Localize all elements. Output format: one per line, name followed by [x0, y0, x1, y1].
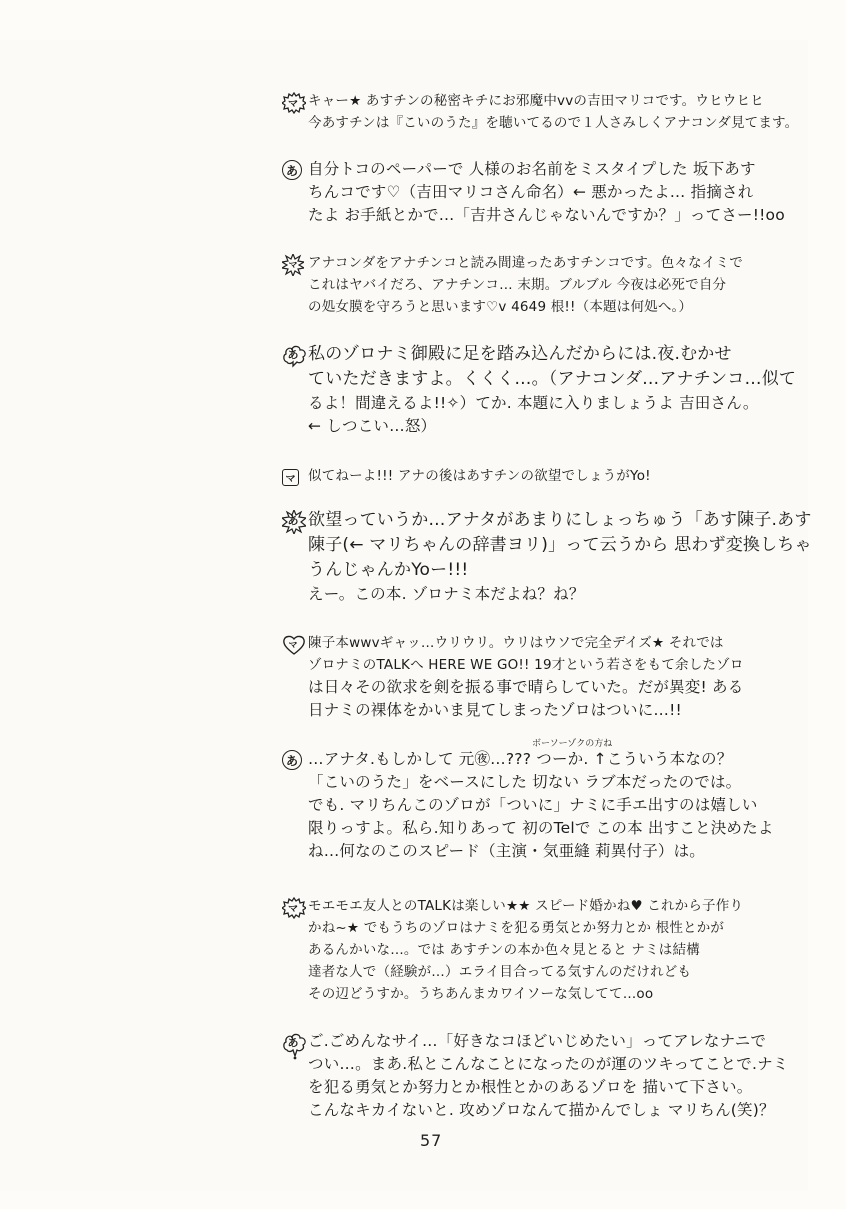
entry-asu-2: あ 私のゾロナミ御殿に足を踏み込んだからには.夜.むかせ ていただきますよ。くく… — [282, 342, 787, 438]
asu-circle-badge-icon: あ — [282, 750, 302, 770]
entry-line: あるんかいな…。では あすチンの本か色々見とると ナミは結構 — [308, 939, 787, 961]
entry-line: 今あすチンは『こいのうた』を聴いてるので１人さみしくアナコンダ見てます。 — [308, 112, 787, 134]
entry-line: 私のゾロナミ御殿に足を踏み込んだからには.夜.むかせ — [308, 342, 787, 367]
entry-mari-3: マ 似てねーよ!!! アナの後はあすチンの欲望でしょうがYo! — [282, 465, 787, 487]
entry-line: 陳子(← マリちゃんの辞書ヨリ)」って云うから 思わず変換しちゃ — [308, 533, 787, 558]
entry-line: 日ナミの裸体をかいま見てしまったゾロはついに…!! — [308, 699, 787, 722]
entry-line: かね~★ でもうちのゾロはナミを犯る勇気とか努力とか 根性とかが — [308, 917, 787, 939]
entry-line: …アナタ.もしかして 元㊰…??? つーか. ↑こういう本なの？ — [308, 748, 787, 771]
entry-mari-2: マ アナコンダをアナチンコと読み間違ったあすチンコです。色々なイミで これはヤバ… — [282, 252, 787, 318]
entry-line: 「こいのうた」をベースにした 切ない ラブ本だったのでは。 — [308, 771, 787, 794]
entry-line: の処女膜を守ろうと思います♡v 4649 根!!（本題は何処へ。） — [308, 296, 787, 318]
entry-asu-3: あ 欲望っていうか…アナタがあまりにしょっちゅう「あす陳子.あす 陳子(← マリ… — [282, 508, 787, 606]
entry-line: ね…何なのこのスピード（主演・気亜縫 莉異付子）は。 — [308, 840, 787, 863]
entry-line: 達者な人で（経験が…）エライ目合ってる気すんのだけれども — [308, 961, 787, 983]
entry-line: うんじゃんかYoー!!! — [308, 558, 787, 583]
entry-line: モエモエ友人とのTALKは楽しい★★ スピード婚かね♥ これから子作り — [308, 895, 787, 917]
asu-cloud-badge-icon: あ — [282, 344, 304, 364]
page-number: 57 — [420, 1131, 442, 1150]
entry-line: えー。この本. ゾロナミ本だよね？ね？ — [308, 583, 787, 606]
annotation-note: ボーソーゾクの方ね — [532, 736, 612, 749]
entry-line: ちんコです♡（吉田マリコさん命名）← 悪かったよ… 指摘され — [308, 181, 787, 204]
entry-line: これはヤバイだろ、アナチンコ… 末期。ブルブル 今夜は必死で自分 — [308, 274, 787, 296]
entry-asu-4: ボーソーゾクの方ね あ …アナタ.もしかして 元㊰…??? つーか. ↑こういう… — [282, 748, 787, 863]
entry-line: 限りっすよ。私ら.知りあって 初のTelで この本 出すこと決めたよ — [308, 817, 787, 840]
entry-line: るよ！間違えるよ!!✧）てか. 本題に入りましょうよ 吉田さん。 — [308, 392, 787, 415]
mari-burst-badge-icon: マ — [282, 254, 304, 274]
entry-mari-4: マ 陳子本wwvギャッ…ウリウリ。ウリはウソで完全デイズ★ それでは ゾロナミの… — [282, 632, 787, 722]
asu-burst-badge-icon: あ — [282, 510, 304, 530]
mari-flower-badge-icon: マ — [282, 92, 304, 112]
entry-line: を犯る勇気とか努力とか根性とかのあるゾロを 描いて下さい。 — [308, 1076, 787, 1099]
asu-cloud-badge-icon: あ — [282, 1032, 304, 1052]
entry-line: キャー★ あすチンの秘密キチにお邪魔中vvの吉田マリコです。ウヒウヒヒ — [308, 90, 787, 112]
entry-line: でも. マリちんこのゾロが「ついに」ナミに手エ出すのは嬉しい — [308, 794, 787, 817]
entry-line: つい…。まあ.私とこんなことになったのが運のツキってことで.ナミ — [308, 1053, 787, 1076]
entry-line: ← しつこい…怒） — [308, 415, 787, 438]
entry-line: 陳子本wwvギャッ…ウリウリ。ウリはウソで完全デイズ★ それでは — [308, 632, 787, 654]
entry-line: 欲望っていうか…アナタがあまりにしょっちゅう「あす陳子.あす — [308, 508, 787, 533]
entry-mari-1: マ キャー★ あすチンの秘密キチにお邪魔中vvの吉田マリコです。ウヒウヒヒ 今あ… — [282, 90, 787, 134]
mari-square-badge-icon: マ — [282, 469, 299, 486]
entry-line: たよ お手紙とかで…「吉井さんじゃないんですか？」ってさー!!oo — [308, 204, 787, 227]
entry-asu-5: あ ご.ごめんなサイ…「好きなコほどいじめたい」ってアレなナニで つい…。まあ.… — [282, 1030, 787, 1122]
asu-circle-badge-icon: あ — [282, 160, 302, 180]
entry-line: その辺どうすか。うちあんまカワイソーな気してて…oo — [308, 983, 787, 1005]
entry-line: ご.ごめんなサイ…「好きなコほどいじめたい」ってアレなナニで — [308, 1030, 787, 1053]
entry-line: ゾロナミのTALKへ HERE WE GO!! 19才という若さをもて余したゾロ — [308, 654, 787, 676]
entry-mari-5: マ モエモエ友人とのTALKは楽しい★★ スピード婚かね♥ これから子作り かね… — [282, 895, 787, 1005]
entry-asu-1: あ 自分トコのペーパーで 人様のお名前をミスタイプした 坂下あす ちんコです♡（… — [282, 158, 787, 227]
entry-line: 自分トコのペーパーで 人様のお名前をミスタイプした 坂下あす — [308, 158, 787, 181]
mari-heart-badge-icon: マ — [282, 634, 304, 654]
mari-flower-badge-icon: マ — [282, 897, 304, 917]
entry-line: ていただきますよ。くくく…。（アナコンダ…アナチンコ…似て — [308, 367, 787, 392]
entry-line: は日々その欲求を剣を振る事で晴らしていた。だが異変! ある — [308, 676, 787, 699]
entry-line: こんなキカイないと. 攻めゾロなんて描かんでしょ マリちん(笑)？ — [308, 1099, 787, 1122]
entry-line: アナコンダをアナチンコと読み間違ったあすチンコです。色々なイミで — [308, 252, 787, 274]
entry-line: 似てねーよ!!! アナの後はあすチンの欲望でしょうがYo! — [308, 465, 787, 487]
